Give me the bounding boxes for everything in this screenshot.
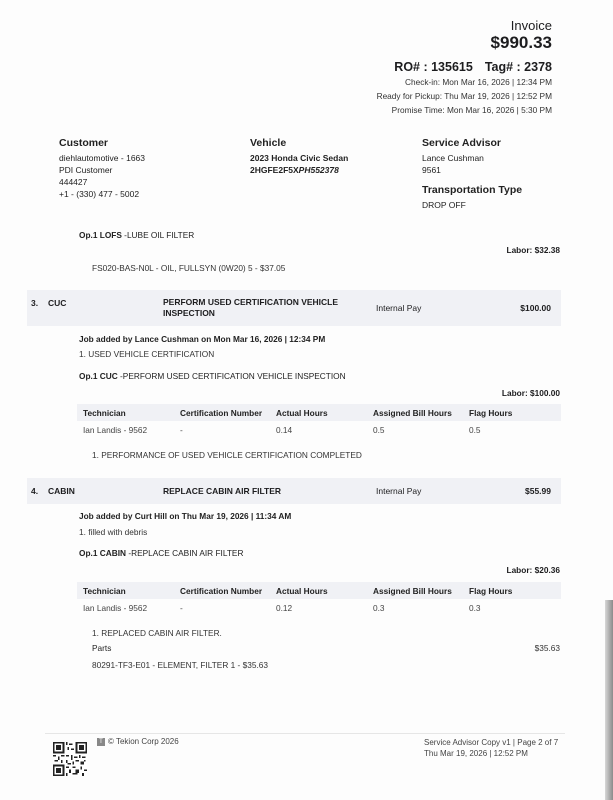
job-added-note: Job added by Lance Cushman on Mon Mar 16… [79,334,325,344]
job-concern: 1. filled with debris [79,527,147,537]
job-pay-type: Internal Pay [376,486,421,496]
ro-tag-line: RO# : 135615Tag# : 2378 [394,60,552,74]
invoice-total: $990.33 [491,33,552,53]
transportation-value: DROP OFF [422,199,522,211]
col-actual-hours: Actual Hours [276,586,328,596]
part-line: 80291-TF3-E01 - ELEMENT, FILTER 1 - $35.… [92,660,268,670]
invoice-label: Invoice [511,18,552,33]
vehicle-vin: 2HGFE2F5XPH552378 [250,164,348,176]
job-op-line: Op.1 CUC -PERFORM USED CERTIFICATION VEH… [79,371,346,381]
promise-time: Promise Time: Mon Mar 16, 2026 | 5:30 PM [392,105,552,115]
vehicle-title: Vehicle [250,137,348,149]
customer-phone: +1 - (330) 477 - 5002 [59,188,145,200]
job-concern: 1. USED VEHICLE CERTIFICATION [79,349,214,359]
prev-job-part: FS020-BAS-N0L - OIL, FULLSYN (0W20) 5 - … [92,263,285,273]
job-description: REPLACE CABIN AIR FILTER [163,486,353,497]
parts-total: $35.63 [535,643,560,653]
transportation-section: Transportation Type DROP OFF [422,184,522,211]
invoice-page: Invoice $990.33 RO# : 135615Tag# : 2378 … [0,0,613,800]
prev-job-labor: Labor: $32.38 [507,245,561,255]
service-advisor-section: Service Advisor Lance Cushman 9561 [422,137,501,176]
op-code: Op.1 CUC [79,371,118,381]
col-certification-number: Certification Number [180,408,262,418]
certification-number: - [180,603,183,613]
job-correction: 1. PERFORMANCE OF USED VEHICLE CERTIFICA… [92,450,362,460]
tag-number: Tag# : 2378 [485,60,552,74]
job-labor: Labor: $20.36 [507,565,561,575]
prev-op-code: Op.1 LOFS [79,230,122,240]
service-advisor-name: Lance Cushman [422,152,501,164]
job-code: CUC [48,298,66,308]
tekion-logo-icon: T [97,738,105,746]
col-actual-hours: Actual Hours [276,408,328,418]
vehicle-model: 2023 Honda Civic Sedan [250,152,348,164]
col-technician: Technician [83,408,126,418]
vehicle-section: Vehicle 2023 Honda Civic Sedan 2HGFE2F5X… [250,137,348,176]
technician-table-header: Technician Certification Number Actual H… [77,404,561,421]
copy-page-info: Service Advisor Copy v1 | Page 2 of 7 [424,737,558,748]
footer-divider [45,733,565,734]
technician-table: Technician Certification Number Actual H… [77,582,561,616]
technician-name: Ian Landis - 9562 [83,603,147,613]
customer-id: 444427 [59,176,145,188]
table-row: Ian Landis - 9562 - 0.12 0.3 0.3 [77,599,561,616]
vin-suffix: PH552378 [299,165,339,175]
vin-prefix: 2HGFE2F5X [250,165,299,175]
job-number: 4. [31,486,38,496]
transportation-title: Transportation Type [422,184,522,196]
parts-label: Parts [92,643,111,653]
printed-time: Thu Mar 19, 2026 | 12:52 PM [424,748,558,759]
ro-number: RO# : 135615 [394,60,473,74]
job-row-4: 4. CABIN REPLACE CABIN AIR FILTER Intern… [27,478,561,504]
service-advisor-id: 9561 [422,164,501,176]
customer-title: Customer [59,137,145,149]
actual-hours: 0.14 [276,425,292,435]
assigned-bill-hours: 0.5 [373,425,385,435]
prev-job-op-line: Op.1 LOFS -LUBE OIL FILTER [79,230,194,240]
col-assigned-bill-hours: Assigned Bill Hours [373,586,452,596]
op-desc: -REPLACE CABIN AIR FILTER [126,548,243,558]
customer-type: PDI Customer [59,164,145,176]
customer-name: diehlautomotive - 1663 [59,152,145,164]
flag-hours: 0.5 [469,425,481,435]
customer-section: Customer diehlautomotive - 1663 PDI Cust… [59,137,145,200]
job-added-note: Job added by Curt Hill on Thu Mar 19, 20… [79,511,291,521]
op-desc: -PERFORM USED CERTIFICATION VEHICLE INSP… [118,371,346,381]
job-correction: 1. REPLACED CABIN AIR FILTER. [92,628,222,638]
scan-edge-shadow [605,600,613,800]
job-amount: $100.00 [520,303,551,313]
col-flag-hours: Flag Hours [469,408,512,418]
prev-op-desc: -LUBE OIL FILTER [122,230,194,240]
col-flag-hours: Flag Hours [469,586,512,596]
col-technician: Technician [83,586,126,596]
technician-table-header: Technician Certification Number Actual H… [77,582,561,599]
actual-hours: 0.12 [276,603,292,613]
certification-number: - [180,425,183,435]
check-in-time: Check-in: Mon Mar 16, 2026 | 12:34 PM [405,77,552,87]
table-row: Ian Landis - 9562 - 0.14 0.5 0.5 [77,421,561,438]
flag-hours: 0.3 [469,603,481,613]
footer-copyright: T © Tekion Corp 2026 [97,737,179,746]
job-description: PERFORM USED CERTIFICATION VEHICLE INSPE… [163,297,353,319]
job-row-3: 3. CUC PERFORM USED CERTIFICATION VEHICL… [27,290,561,326]
col-certification-number: Certification Number [180,586,262,596]
job-amount: $55.99 [525,486,551,496]
copyright-text: © Tekion Corp 2026 [108,737,179,746]
ready-for-pickup-time: Ready for Pickup: Thu Mar 19, 2026 | 12:… [377,91,552,101]
col-assigned-bill-hours: Assigned Bill Hours [373,408,452,418]
job-pay-type: Internal Pay [376,303,421,313]
footer-page-info: Service Advisor Copy v1 | Page 2 of 7 Th… [424,737,558,759]
service-advisor-title: Service Advisor [422,137,501,149]
qr-code-icon [53,741,87,777]
job-op-line: Op.1 CABIN -REPLACE CABIN AIR FILTER [79,548,243,558]
op-code: Op.1 CABIN [79,548,126,558]
technician-name: Ian Landis - 9562 [83,425,147,435]
assigned-bill-hours: 0.3 [373,603,385,613]
job-labor: Labor: $100.00 [502,388,560,398]
technician-table: Technician Certification Number Actual H… [77,404,561,438]
job-code: CABIN [48,486,75,496]
job-number: 3. [31,298,38,308]
